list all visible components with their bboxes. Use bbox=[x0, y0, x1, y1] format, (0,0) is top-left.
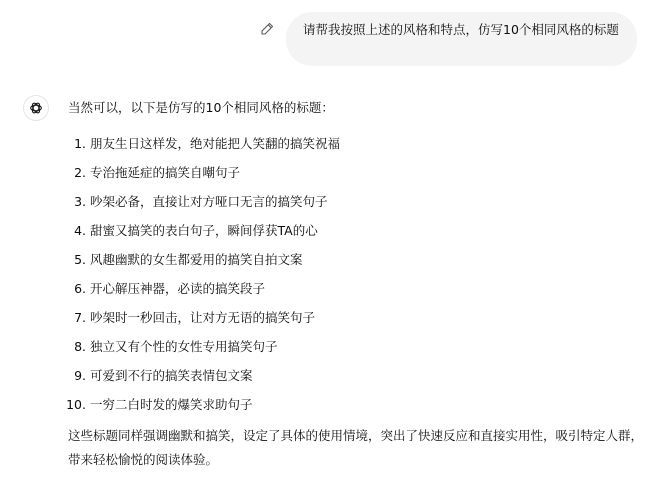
list-item: 5.风趣幽默的女生都爱用的搞笑自拍文案 bbox=[68, 246, 643, 275]
edit-message-button[interactable] bbox=[259, 21, 275, 37]
pencil-icon bbox=[259, 21, 275, 37]
assistant-avatar bbox=[23, 95, 49, 121]
user-message-bubble: 请帮我按照上述的风格和特点，仿写10个相同风格的标题 bbox=[286, 12, 637, 66]
list-item: 3.吵架必备，直接让对方哑口无言的搞笑句子 bbox=[68, 188, 643, 217]
list-item: 9.可爱到不行的搞笑表情包文案 bbox=[68, 362, 643, 391]
list-item: 8.独立又有个性的女性专用搞笑句子 bbox=[68, 333, 643, 362]
list-item: 2.专治拖延症的搞笑自嘲句子 bbox=[68, 159, 643, 188]
list-item: 1.朋友生日这样发，绝对能把人笑翻的搞笑祝福 bbox=[68, 130, 643, 159]
list-item: 7.吵架时一秒回击，让对方无语的搞笑句子 bbox=[68, 304, 643, 333]
assistant-intro: 当然可以，以下是仿写的10个相同风格的标题： bbox=[68, 94, 643, 122]
user-message-row: 请帮我按照上述的风格和特点，仿写10个相同风格的标题 bbox=[0, 12, 657, 66]
list-item: 6.开心解压神器，必读的搞笑段子 bbox=[68, 275, 643, 304]
list-item: 4.甜蜜又搞笑的表白句子，瞬间俘获TA的心 bbox=[68, 217, 643, 246]
assistant-summary: 这些标题同样强调幽默和搞笑，设定了具体的使用情境，突出了快速反应和直接实用性，吸… bbox=[68, 424, 643, 472]
openai-logo-icon bbox=[28, 100, 44, 116]
assistant-message-content: 当然可以，以下是仿写的10个相同风格的标题： 1.朋友生日这样发，绝对能把人笑翻… bbox=[68, 94, 643, 472]
list-item: 10.一穷二白时发的爆笑求助句子 bbox=[68, 391, 643, 420]
title-list: 1.朋友生日这样发，绝对能把人笑翻的搞笑祝福 2.专治拖延症的搞笑自嘲句子 3.… bbox=[68, 130, 643, 420]
user-message-text: 请帮我按照上述的风格和特点，仿写10个相同风格的标题 bbox=[303, 22, 619, 37]
